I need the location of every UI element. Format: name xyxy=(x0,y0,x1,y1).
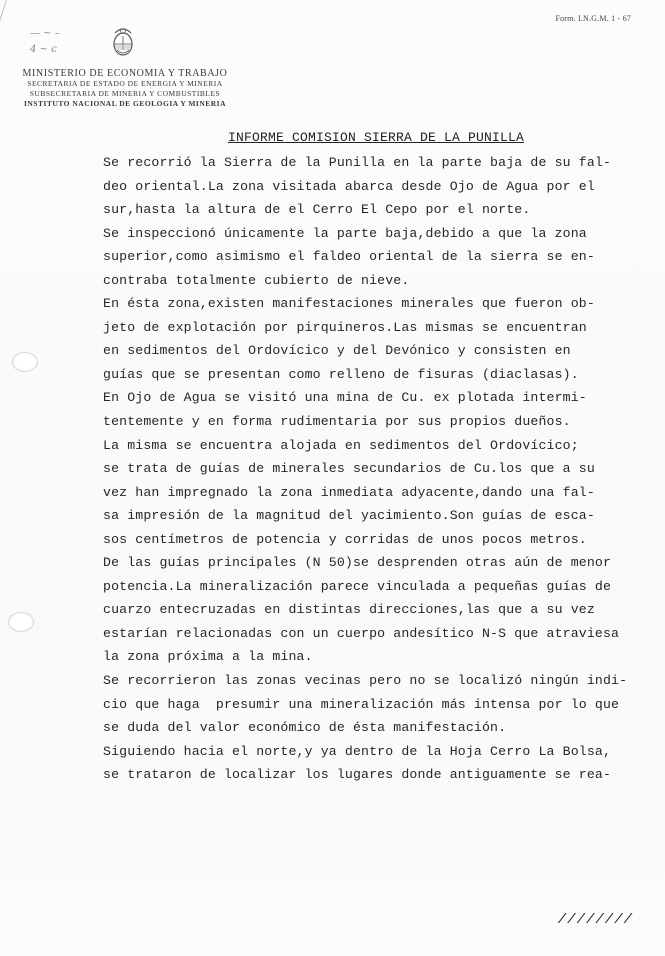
report-line: se trata de guías de minerales secundari… xyxy=(103,457,648,481)
report-line: En Ojo de Agua se visitó una mina de Cu.… xyxy=(103,386,648,410)
argentina-coat-of-arms-icon xyxy=(111,26,135,58)
letterhead-ministry: MINISTERIO DE ECONOMIA Y TRABAJO xyxy=(0,68,250,79)
report-line: guías que se presentan como relleno de f… xyxy=(103,363,648,387)
report-line: Se inspeccionó únicamente la parte baja,… xyxy=(103,222,648,246)
report-title: INFORME COMISION SIERRA DE LA PUNILLA xyxy=(228,130,524,145)
form-code: Form. I.N.G.M. 1 - 67 xyxy=(555,14,631,23)
letterhead-subsecretariat: SUBSECRETARIA DE MINERIA Y COMBUSTIBLES xyxy=(0,89,250,99)
report-line: jeto de explotación por pirquineros.Las … xyxy=(103,316,648,340)
report-line: De las guías principales (N 50)se despre… xyxy=(103,551,648,575)
page-crease xyxy=(0,0,7,67)
report-line: La misma se encuentra alojada en sedimen… xyxy=(103,434,648,458)
report-line: Se recorrieron las zonas vecinas pero no… xyxy=(103,669,648,693)
report-body: Se recorrió la Sierra de la Punilla en l… xyxy=(103,151,648,787)
report-line: se duda del valor económico de ésta mani… xyxy=(103,716,648,740)
report-line: deo oriental.La zona visitada abarca des… xyxy=(103,175,648,199)
report-line: se trataron de localizar los lugares don… xyxy=(103,763,648,787)
report-line: Se recorrió la Sierra de la Punilla en l… xyxy=(103,151,648,175)
report-line: sa impresión de la magnitud del yacimien… xyxy=(103,504,648,528)
report-line: en sedimentos del Ordovícico y del Devón… xyxy=(103,339,648,363)
letterhead-secretariat: SECRETARIA DE ESTADO DE ENERGIA Y MINERI… xyxy=(0,79,250,89)
punch-hole xyxy=(12,352,38,372)
continuation-mark: //////// xyxy=(558,912,633,928)
punch-hole xyxy=(8,612,34,632)
report-line: la zona próxima a la mina. xyxy=(103,645,648,669)
report-line: superior,como asimismo el faldeo orienta… xyxy=(103,245,648,269)
report-line: cuarzo entecruzadas en distintas direcci… xyxy=(103,598,648,622)
report-line: En ésta zona,existen manifestaciones min… xyxy=(103,292,648,316)
document-page: — ~ – 4 ~ c Form. I.N.G.M. 1 - 67 MINIST… xyxy=(0,0,665,956)
letterhead: MINISTERIO DE ECONOMIA Y TRABAJO SECRETA… xyxy=(0,68,250,109)
report-line: sos centímetros de potencia y corridas d… xyxy=(103,528,648,552)
report-line: Siguiendo hacia el norte,y ya dentro de … xyxy=(103,740,648,764)
report-line: sur,hasta la altura de el Cerro El Cepo … xyxy=(103,198,648,222)
report-line: estarían relacionadas con un cuerpo ande… xyxy=(103,622,648,646)
report-line: potencia.La mineralización parece vincul… xyxy=(103,575,648,599)
report-line: cio que haga presumir una mineralización… xyxy=(103,693,648,717)
report-line: contraba totalmente cubierto de nieve. xyxy=(103,269,648,293)
report-line: vez han impregnado la zona inmediata ady… xyxy=(103,481,648,505)
letterhead-institute: INSTITUTO NACIONAL DE GEOLOGIA Y MINERIA xyxy=(0,99,250,109)
handwritten-note: — ~ – 4 ~ c xyxy=(30,26,60,58)
report-line: tentemente y en forma rudimentaria por s… xyxy=(103,410,648,434)
